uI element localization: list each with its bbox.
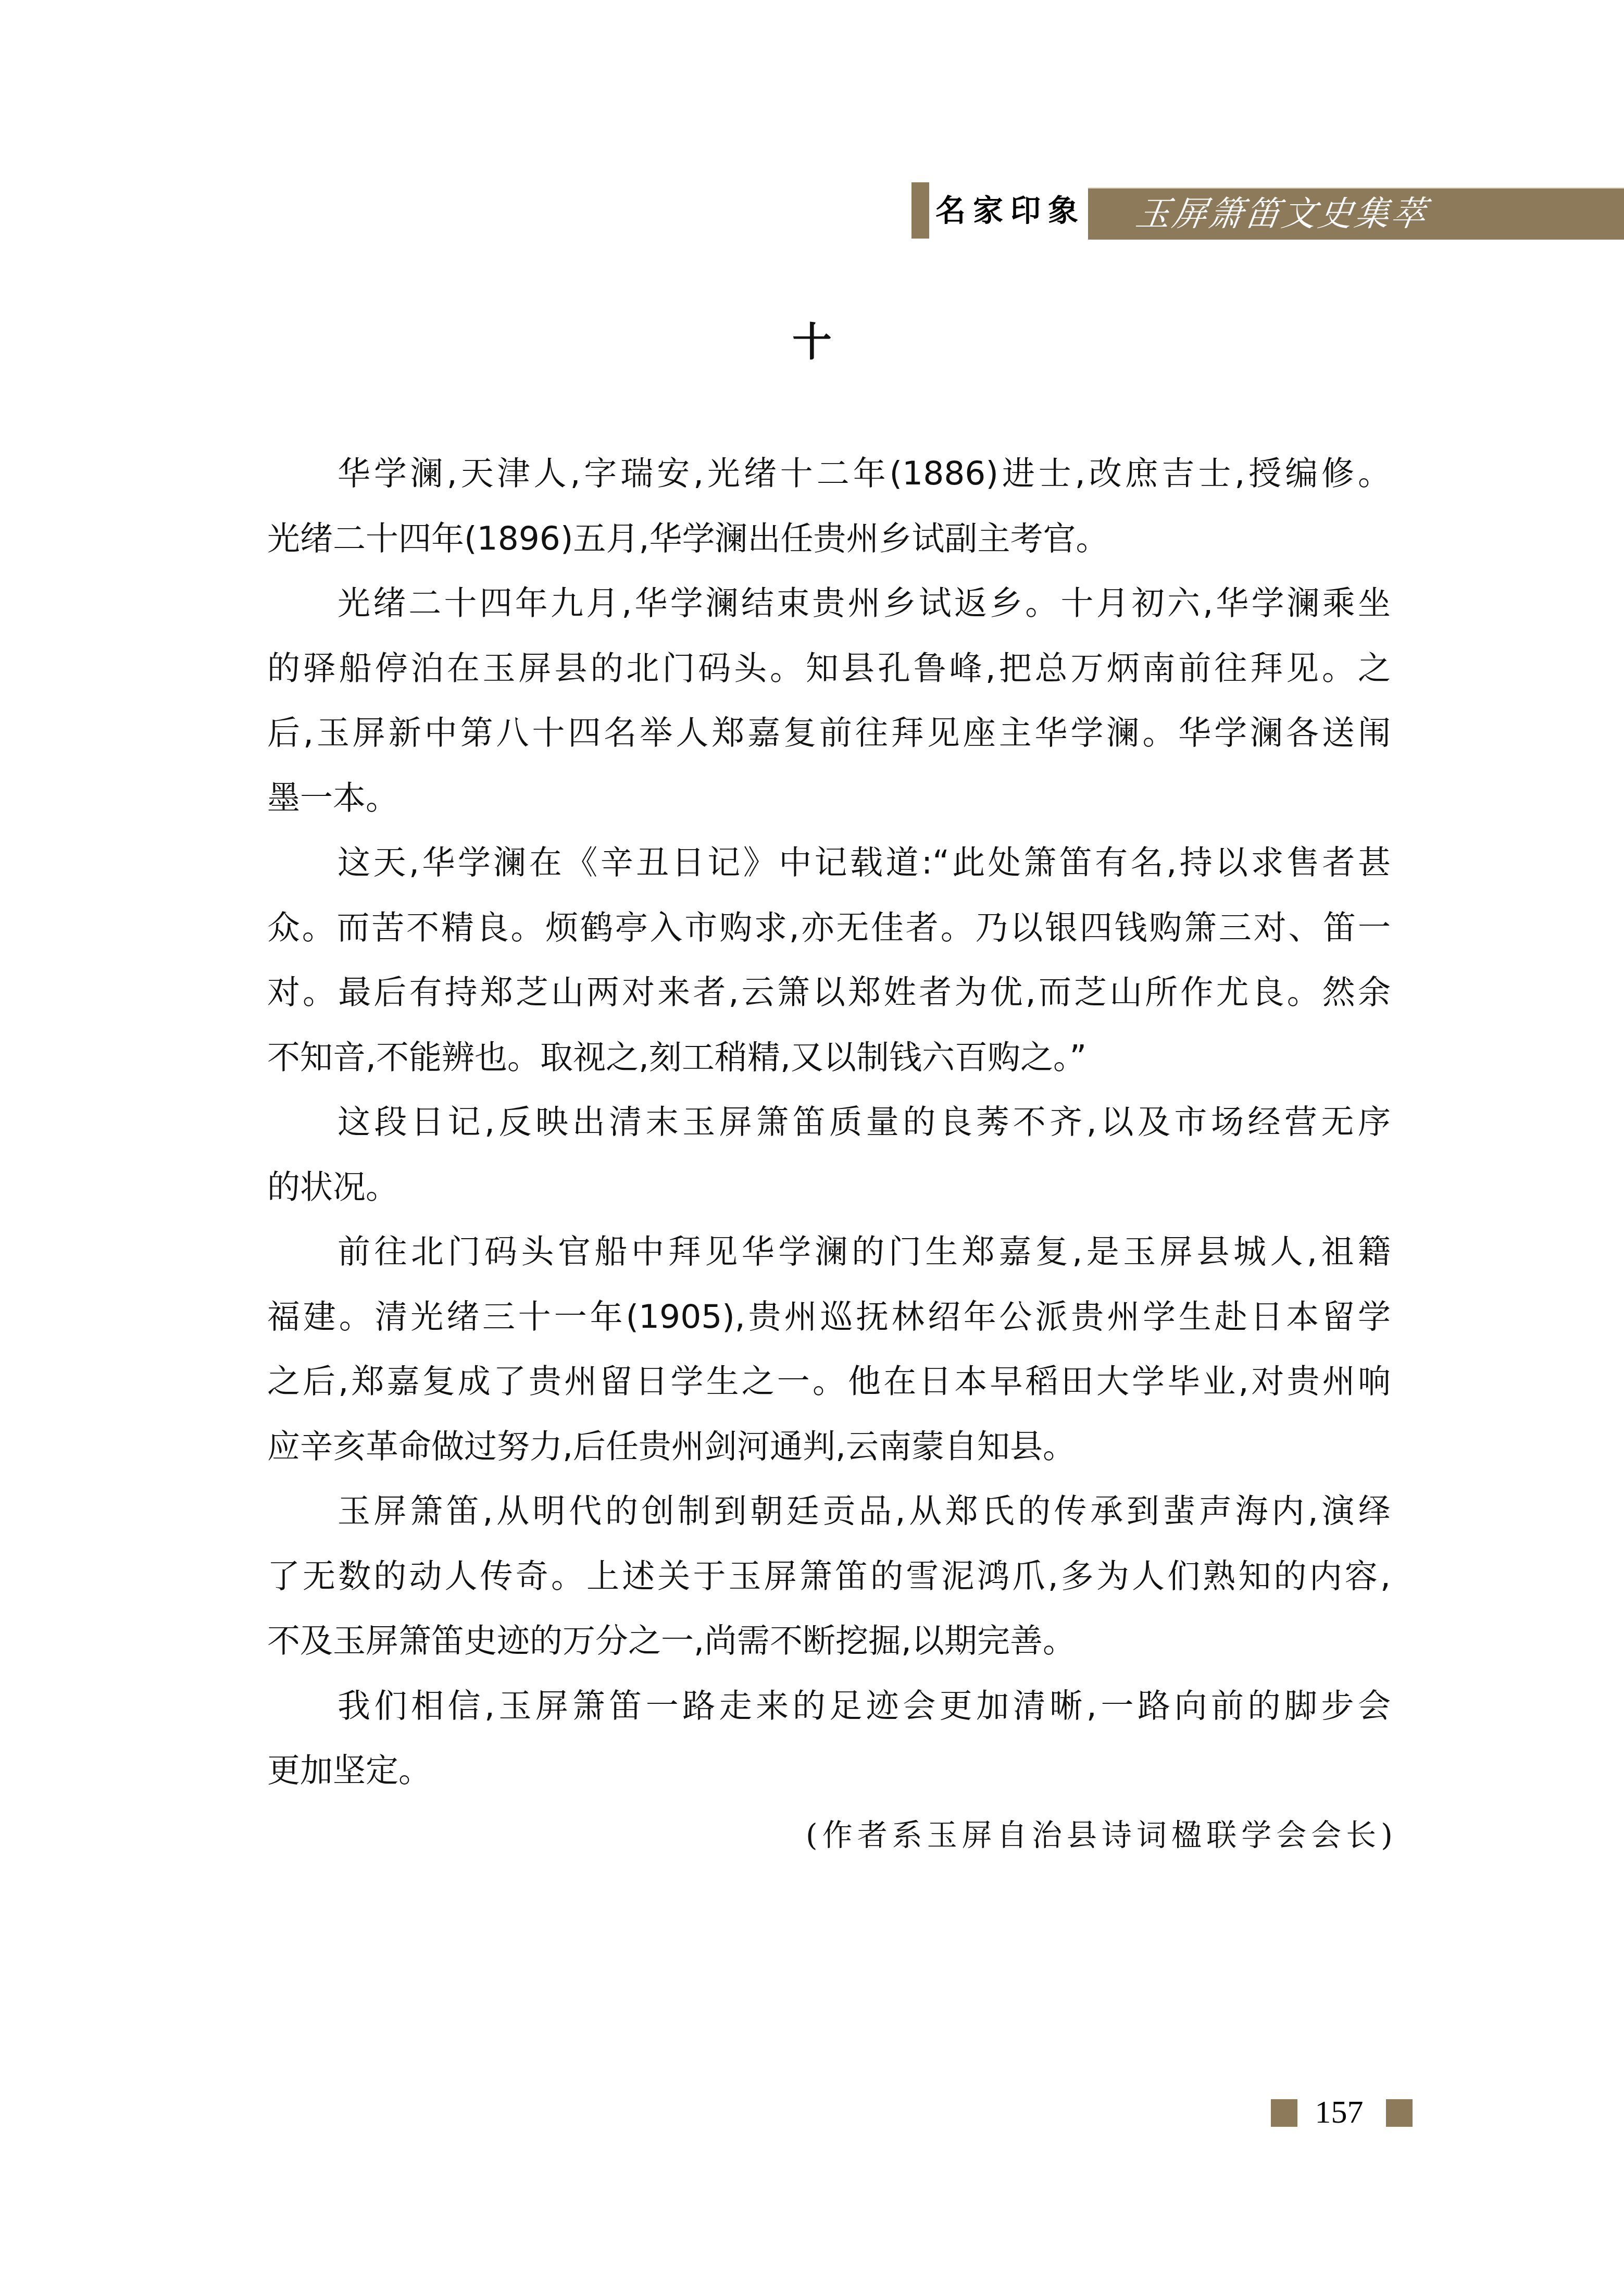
page-number-right-square	[1386, 2099, 1413, 2127]
paragraph-5-line-1: 前往北门码头官船中拜见华学澜的门生郑嘉复,是玉屏县城人,祖籍	[267, 1228, 1391, 1293]
paragraph-2-line-1: 光绪二十四年九月,华学澜结束贵州乡试返乡。十月初六,华学澜乘坐	[267, 580, 1391, 645]
paragraph-5-line-4: 应辛亥革命做过努力,后任贵州剑河通判,云南蒙自知县。	[267, 1423, 1391, 1488]
paragraph-5-line-3: 之后,郑嘉复成了贵州留日学生之一。他在日本早稻田大学毕业,对贵州响	[267, 1358, 1391, 1423]
paragraph-4-line-2: 的状况。	[267, 1164, 1391, 1229]
chapter-number: 十	[0, 319, 1624, 366]
header-title-band: 玉屏箫笛文史集萃	[1088, 188, 1624, 240]
paragraph-2-line-3: 后,玉屏新中第八十四名举人郑嘉复前往拜见座主华学澜。华学澜各送闱	[267, 709, 1391, 775]
page-number: 157	[1310, 2095, 1368, 2129]
paragraph-3-line-4: 不知音,不能辨也。取视之,刻工稍精,又以制钱六百购之。”	[267, 1034, 1391, 1099]
paragraph-2-line-4: 墨一本。	[267, 775, 1391, 840]
paragraph-3-line-2: 众。而苦不精良。烦鹤亭入市购求,亦无佳者。乃以银四钱购箫三对、笛一	[267, 904, 1391, 969]
article-body: 华学澜,天津人,字瑞安,光绪十二年(1886)进士,改庶吉士,授编修。 光绪二十…	[267, 450, 1391, 1812]
paragraph-1-line-1: 华学澜,天津人,字瑞安,光绪十二年(1886)进士,改庶吉士,授编修。	[267, 450, 1391, 515]
paragraph-3-line-1: 这天,华学澜在《辛丑日记》中记载道:“此处箫笛有名,持以求售者甚	[267, 839, 1391, 904]
paragraph-3-line-3: 对。最后有持郑芝山两对来者,云箫以郑姓者为优,而芝山所作尤良。然余	[267, 969, 1391, 1034]
section-label: 名家印象	[935, 183, 1085, 238]
paragraph-6-line-2: 了无数的动人传奇。上述关于玉屏箫笛的雪泥鸿爪,多为人们熟知的内容,	[267, 1553, 1391, 1618]
author-attribution: (作者系玉屏自治县诗词楹联学会会长)	[806, 1812, 1393, 1859]
paragraph-2-line-2: 的驿船停泊在玉屏县的北门码头。知县孔鲁峰,把总万炳南前往拜见。之	[267, 645, 1391, 710]
paragraph-6-line-1: 玉屏箫笛,从明代的创制到朝廷贡品,从郑氏的传承到蜚声海内,演绎	[267, 1488, 1391, 1553]
page-number-left-square	[1271, 2099, 1297, 2127]
book-title: 玉屏箫笛文史集萃	[1132, 189, 1431, 240]
header-accent-bar	[911, 182, 929, 239]
paragraph-5-line-2: 福建。清光绪三十一年(1905),贵州巡抚林绍年公派贵州学生赴日本留学	[267, 1293, 1391, 1358]
paragraph-7-line-2: 更加坚定。	[267, 1747, 1391, 1812]
paragraph-6-line-3: 不及玉屏箫笛史迹的万分之一,尚需不断挖掘,以期完善。	[267, 1617, 1391, 1682]
paragraph-7-line-1: 我们相信,玉屏箫笛一路走来的足迹会更加清晰,一路向前的脚步会	[267, 1682, 1391, 1748]
paragraph-1-line-2: 光绪二十四年(1896)五月,华学澜出任贵州乡试副主考官。	[267, 515, 1391, 580]
paragraph-4-line-1: 这段日记,反映出清末玉屏箫笛质量的良莠不齐,以及市场经营无序	[267, 1099, 1391, 1164]
